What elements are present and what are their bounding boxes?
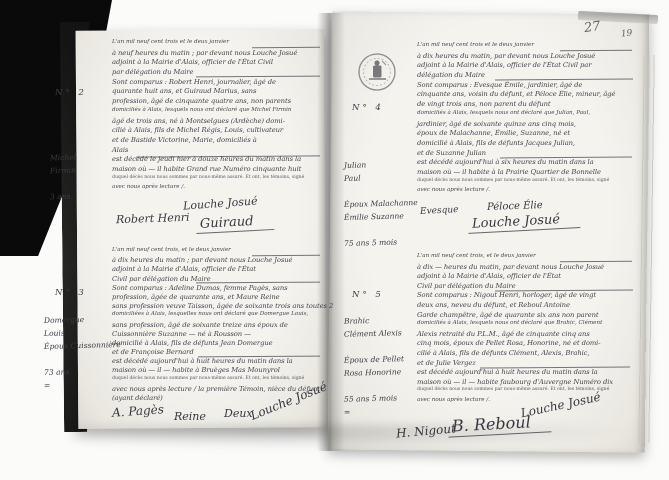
text-line: Firmin <box>50 166 77 180</box>
text-line: adjoint à la Mairie d'Alais, officier de… <box>112 58 322 68</box>
text-line: Alexis retraité du P.L.M., âgé de cinqua… <box>417 330 635 340</box>
text-line: duquel décès nous nous sommes par nous-m… <box>417 178 635 188</box>
text-line <box>50 179 77 193</box>
text-line: Sont comparus : Evesque Émile, jardinier… <box>417 81 635 91</box>
text-line: domiciliés à Alais, lesquels nous ont dé… <box>417 320 635 330</box>
text-line: sans profession, âgé de soixante treize … <box>112 321 322 330</box>
text-line: Michel <box>50 153 77 167</box>
text-line: et de Bastide Victorine, Marie, domicili… <box>112 136 322 146</box>
act-number-label: N° 4 <box>352 103 384 113</box>
text-line: avec nous après lecture /. <box>417 187 635 197</box>
text-line: duquel décès nous nous sommes par nous-m… <box>112 376 322 385</box>
text-line: domiciliées à Alais, lesquelles nous ont… <box>112 311 322 320</box>
text-line: maison où — il habite Grand rue Numéro c… <box>112 165 322 175</box>
act-body: L'an mil neuf cent trois et le deux janv… <box>112 39 322 194</box>
act-body: L'an mil neuf cent trois, et le deux jan… <box>112 247 322 403</box>
text-line: cinquante ans, voisin du défunt, et Pélo… <box>417 90 635 100</box>
text-line: domicilié à Alais, fils de défunts Jean … <box>112 339 322 348</box>
text-line: de vingt trois ans, non parent du défunt <box>417 100 635 110</box>
text-line: adjoint à la Mairie d'Alais, officier de… <box>112 265 322 274</box>
act-number-label: N° 5 <box>352 290 384 300</box>
margin-name-block: BrahicClément AlexisÉpoux de PelletRosa … <box>344 316 404 420</box>
text-line: quarante huit ans, et Guiraud Marius, sa… <box>112 87 322 97</box>
folio-number: 27 <box>583 19 601 36</box>
text-line: Alais <box>112 146 322 156</box>
text-line: à dix heures du matin, par devant nous L… <box>417 52 635 62</box>
text-line: à dix — heures du matin, par devant nous… <box>417 263 635 273</box>
text-line: cilié à Alais, fils de Michel Régis, Lou… <box>112 126 322 136</box>
folio-paraph: 19 <box>621 28 633 39</box>
act-number-label: N° 3 <box>55 288 87 298</box>
text-line: maison où — il — habite faubourg d'Auver… <box>417 378 635 388</box>
text-line: = <box>44 379 121 394</box>
text-line: adjoint à la Mairie d'Alais, officier de… <box>417 61 635 71</box>
text-line: profession, âgée de quarante ans, et Mau… <box>112 293 322 302</box>
witness-signature: Robert Henri <box>116 211 190 227</box>
act-body: L'an mil neuf cent trois et le deux janv… <box>417 42 635 197</box>
text-line: domicilié à Alais, fils de défunts Jacqu… <box>417 139 635 149</box>
text-line: duquel décès nous nous sommes par nous-m… <box>417 387 635 397</box>
text-line: = <box>344 406 404 421</box>
margin-name-block: JulianPaulÉpoux MalachanneÉmilie Suzanne… <box>344 160 418 251</box>
witness-signature: Evesque <box>420 205 459 217</box>
text-line: cilié à Alais, fils de défunts Clément, … <box>417 349 635 359</box>
act-number-label: N° 2 <box>55 88 87 98</box>
text-line: duquel décès nous nous sommes par nous-m… <box>112 175 322 185</box>
stamp-graphic <box>357 52 397 92</box>
text-line: est décédé aujourd'hui à six heures du m… <box>417 158 635 168</box>
text-line: profession, âgé de cinquante quatre ans,… <box>112 97 322 107</box>
text-line: maison où — il — habite à Bruèges Mas Mo… <box>112 366 322 375</box>
text-line: 3 ans. <box>50 192 77 206</box>
text-line: Sont comparus : Nigout Henri, horloger, … <box>417 291 635 301</box>
text-line: maison où — il habite à la Prairie Quart… <box>417 168 635 178</box>
text-line: est décédé aujourd'hui à huit heures du … <box>112 357 322 366</box>
text-line: adjoint à la Mairie d'Alais, officier de… <box>417 272 635 282</box>
official-stamp-icon <box>357 52 397 92</box>
text-line: cinq mois, époux de Pellet Rosa, Honorin… <box>417 339 635 349</box>
text-line: âgé de trois ans, né à Montselgues (Ardè… <box>112 117 322 127</box>
text-line: Sont comparus : Adeline Dumas, femme Pag… <box>112 284 322 293</box>
margin-name-block: MichelFirmin3 ans. <box>50 153 76 205</box>
text-line: deux ans, neveu du défunt, et Reboul Ant… <box>417 301 635 311</box>
margin-name-block: DomergueLouisÉpoux Cuissonnière73 ans= <box>44 315 121 393</box>
text-line: 75 ans 5 mois <box>344 237 418 252</box>
witness-signature: Péloce Élie <box>487 200 543 213</box>
text-line: à dix heures du matin ; par devant nous … <box>112 256 322 265</box>
text-line: Cuissonnière Suzanne — né à Rousson — <box>112 330 322 339</box>
text-line: sans profession veuve Taisson, âgée de s… <box>112 302 322 311</box>
text-line: Sont comparus : Robert Henri, journalier… <box>112 78 322 88</box>
text-line: domiciliés à Alais, lesquels nous ont dé… <box>112 107 322 117</box>
text-line: Garde champêtre, âgé de quarante six ans… <box>417 311 635 321</box>
text-line: jardinier, âgé de soixante quinze ans ci… <box>417 120 635 130</box>
text-line: époux de Malachanne, Émilie, Suzanne, né… <box>417 129 635 139</box>
text-line: à neuf heures du matin ; par devant nous… <box>112 49 322 59</box>
scanned-register-spread: { "folio_marks": { "primary": "27", "sec… <box>0 0 669 480</box>
text-line: est décédé aujourd'hui à huit heures du … <box>417 368 635 378</box>
witness-signature: Reine <box>174 410 206 423</box>
act-body: L'an mil neuf cent trois, et le deux jan… <box>417 253 635 407</box>
text-line: avec nous après lecture /. <box>112 184 322 194</box>
text-line: domiciliés à Alais, lesquels nous ont dé… <box>417 110 635 120</box>
